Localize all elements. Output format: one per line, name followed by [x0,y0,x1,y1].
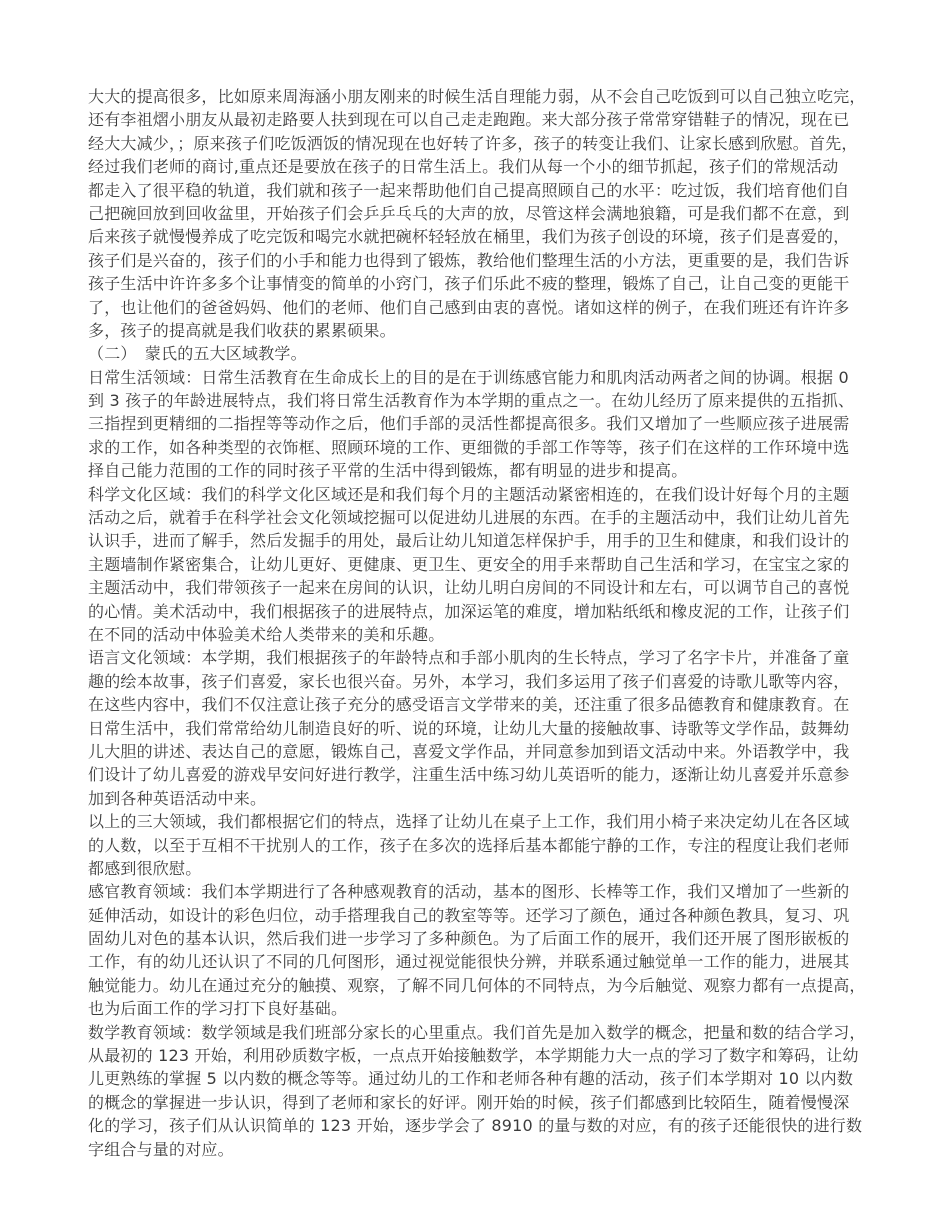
text-line: 主题活动中，我们带领孩子一起来在房间的认识，让幼儿明白房间的不同设计和左右，可以… [88,576,888,599]
text-line: 字组合与量的对应。 [88,1138,888,1161]
text-line: 到 3 孩子的年龄进展特点，我们将日常生活教育作为本学期的重点之一。在幼儿经历了… [88,389,888,412]
text-line: 还有李祖熠小朋友从最初走路要人扶到现在可以自己走走跑跑。来大部分孩子常常穿错鞋子… [88,108,888,131]
text-line: 孩子生活中许许多多个让事情变的简单的小窍门，孩子们乐此不疲的整理，锻炼了自己，让… [88,272,888,295]
text-line: 经大大减少，；原来孩子们吃饭洒饭的情况现在也好转了许多，孩子的转变让我们、让家长… [88,132,888,155]
text-line: 孩子们是兴奋的，孩子们的小手和能力也得到了锻炼，教给他们整理生活的小方法，更重要… [88,249,888,272]
text-line: 趣的绘本故事，孩子们喜爱，家长也很兴奋。另外，本学习，我们多运用了孩子们喜爱的诗… [88,670,888,693]
text-line: 日常生活领域：日常生活教育在生命成长上的目的是在于训练感官能力和肌肉活动两者之间… [88,366,888,389]
document-text: 大大的提高很多，比如原来周海涵小朋友刚来的时候生活自理能力弱，从不会自己吃饭到可… [88,85,888,1161]
text-line: 三指捏到更精细的二指捏等等动作之后，他们手部的灵活性都提高很多。我们又增加了一些… [88,412,888,435]
text-line: 都感到很欣慰。 [88,857,888,880]
text-line: 经过我们老师的商讨,重点还是要放在孩子的日常生活上。我们从每一个小的细节抓起，孩… [88,155,888,178]
text-line: 科学文化区域：我们的科学文化区域还是和我们每个月的主题活动紧密相连的，在我们设计… [88,483,888,506]
text-line: 己把碗回放到回收盆里，开始孩子们会乒乒乓乓的大声的放，尽管这样会满地狼籍，可是我… [88,202,888,225]
text-line: 主题墙制作紧密集合，让幼儿更好、更健康、更卫生、更安全的用手来帮助自己生活和学习… [88,553,888,576]
text-line: 认识手，进而了解手，然后发掘手的用处，最后让幼儿知道怎样保护手，用手的卫生和健康… [88,529,888,552]
text-line: 加到各种英语活动中来。 [88,787,888,810]
text-line: 从最初的 123 开始，利用砂质数字板，一点点开始接触数学，本学期能力大一点的学… [88,1044,888,1067]
text-line: 儿大胆的讲述、表达自己的意愿，锻炼自己，喜爱文学作品，并同意参加到语文活动中来。… [88,740,888,763]
text-line: 固幼儿对色的基本认识，然后我们进一步学习了多种颜色。为了后面工作的展开，我们还开… [88,927,888,950]
text-line: 儿更熟练的掌握 5 以内数的概念等等。通过幼儿的工作和老师各种有趣的活动，孩子们… [88,1067,888,1090]
text-line: 日常生活中，我们常常给幼儿制造良好的听、说的环境，让幼儿大量的接触故事、诗歌等文… [88,717,888,740]
document-page: 大大的提高很多，比如原来周海涵小朋友刚来的时候生活自理能力弱，从不会自己吃饭到可… [0,0,950,1230]
text-line: 了，也让他们的爸爸妈妈、他们的老师、他们自己感到由衷的喜悦。诸如这样的例子，在我… [88,296,888,319]
text-line: 在不同的活动中体验美术给人类带来的美和乐趣。 [88,623,888,646]
text-line: 工作，有的幼儿还认识了不同的几何图形，通过视觉能很快分辨，并联系通过触觉单一工作… [88,950,888,973]
text-line: 感官教育领域：我们本学期进行了各种感观教育的活动，基本的图形、长棒等工作，我们又… [88,880,888,903]
text-line: 多，孩子的提高就是我们收获的累累硕果。 [88,319,888,342]
text-line: 活动之后，就着手在科学社会文化领域挖掘可以促进幼儿进展的东西。在手的主题活动中，… [88,506,888,529]
text-line: 求的工作，如各种类型的衣饰框、照顾环境的工作、更细微的手部工作等等，孩子们在这样… [88,436,888,459]
text-line: 以上的三大领域，我们都根据它们的特点，选择了让幼儿在桌子上工作，我们用小椅子来决… [88,810,888,833]
text-line: 化的学习，孩子们从认识简单的 123 开始，逐步学会了 8910 的量与数的对应… [88,1114,888,1137]
text-line: 的人数，以至于互相不干扰别人的工作，孩子在多次的选择后基本都能宁静的工作，专注的… [88,834,888,857]
text-line: 的概念的掌握进一步认识，得到了老师和家长的好评。刚开始的时候，孩子们都感到比较陌… [88,1091,888,1114]
text-line: 触觉能力。幼儿在通过充分的触摸、观察，了解不同几何体的不同特点，为今后触觉、观察… [88,974,888,997]
text-line: 都走入了很平稳的轨道，我们就和孩子一起来帮助他们自己提高照顾自己的水平：吃过饭，… [88,179,888,202]
text-line: 的心情。美术活动中，我们根据孩子的进展特点，加深运笔的难度，增加粘纸纸和橡皮泥的… [88,600,888,623]
text-line: 大大的提高很多，比如原来周海涵小朋友刚来的时候生活自理能力弱，从不会自己吃饭到可… [88,85,888,108]
text-line: 数学教育领域：数学领域是我们班部分家长的心里重点。我们首先是加入数学的概念，把量… [88,1021,888,1044]
text-line: 们设计了幼儿喜爱的游戏早安问好进行教学，注重生活中练习幼儿英语听的能力，逐渐让幼… [88,763,888,786]
text-line: 后来孩子就慢慢养成了吃完饭和喝完水就把碗杯轻轻放在桶里，我们为孩子创设的环境，孩… [88,225,888,248]
text-line: 也为后面工作的学习打下良好基础。 [88,997,888,1020]
text-line: 语言文化领域：本学期，我们根据孩子的年龄特点和手部小肌肉的生长特点，学习了名字卡… [88,646,888,669]
text-line: 延伸活动，如设计的彩色归位，动手搭理我自己的教室等等。还学习了颜色，通过各种颜色… [88,904,888,927]
text-line: 在这些内容中，我们不仅注意让孩子充分的感受语言文学带来的美，还注重了很多品德教育… [88,693,888,716]
text-line: 择自己能力范围的工作的同时孩子平常的生活中得到锻炼，都有明显的进步和提高。 [88,459,888,482]
text-line: （二） 蒙氏的五大区域教学。 [88,342,888,365]
